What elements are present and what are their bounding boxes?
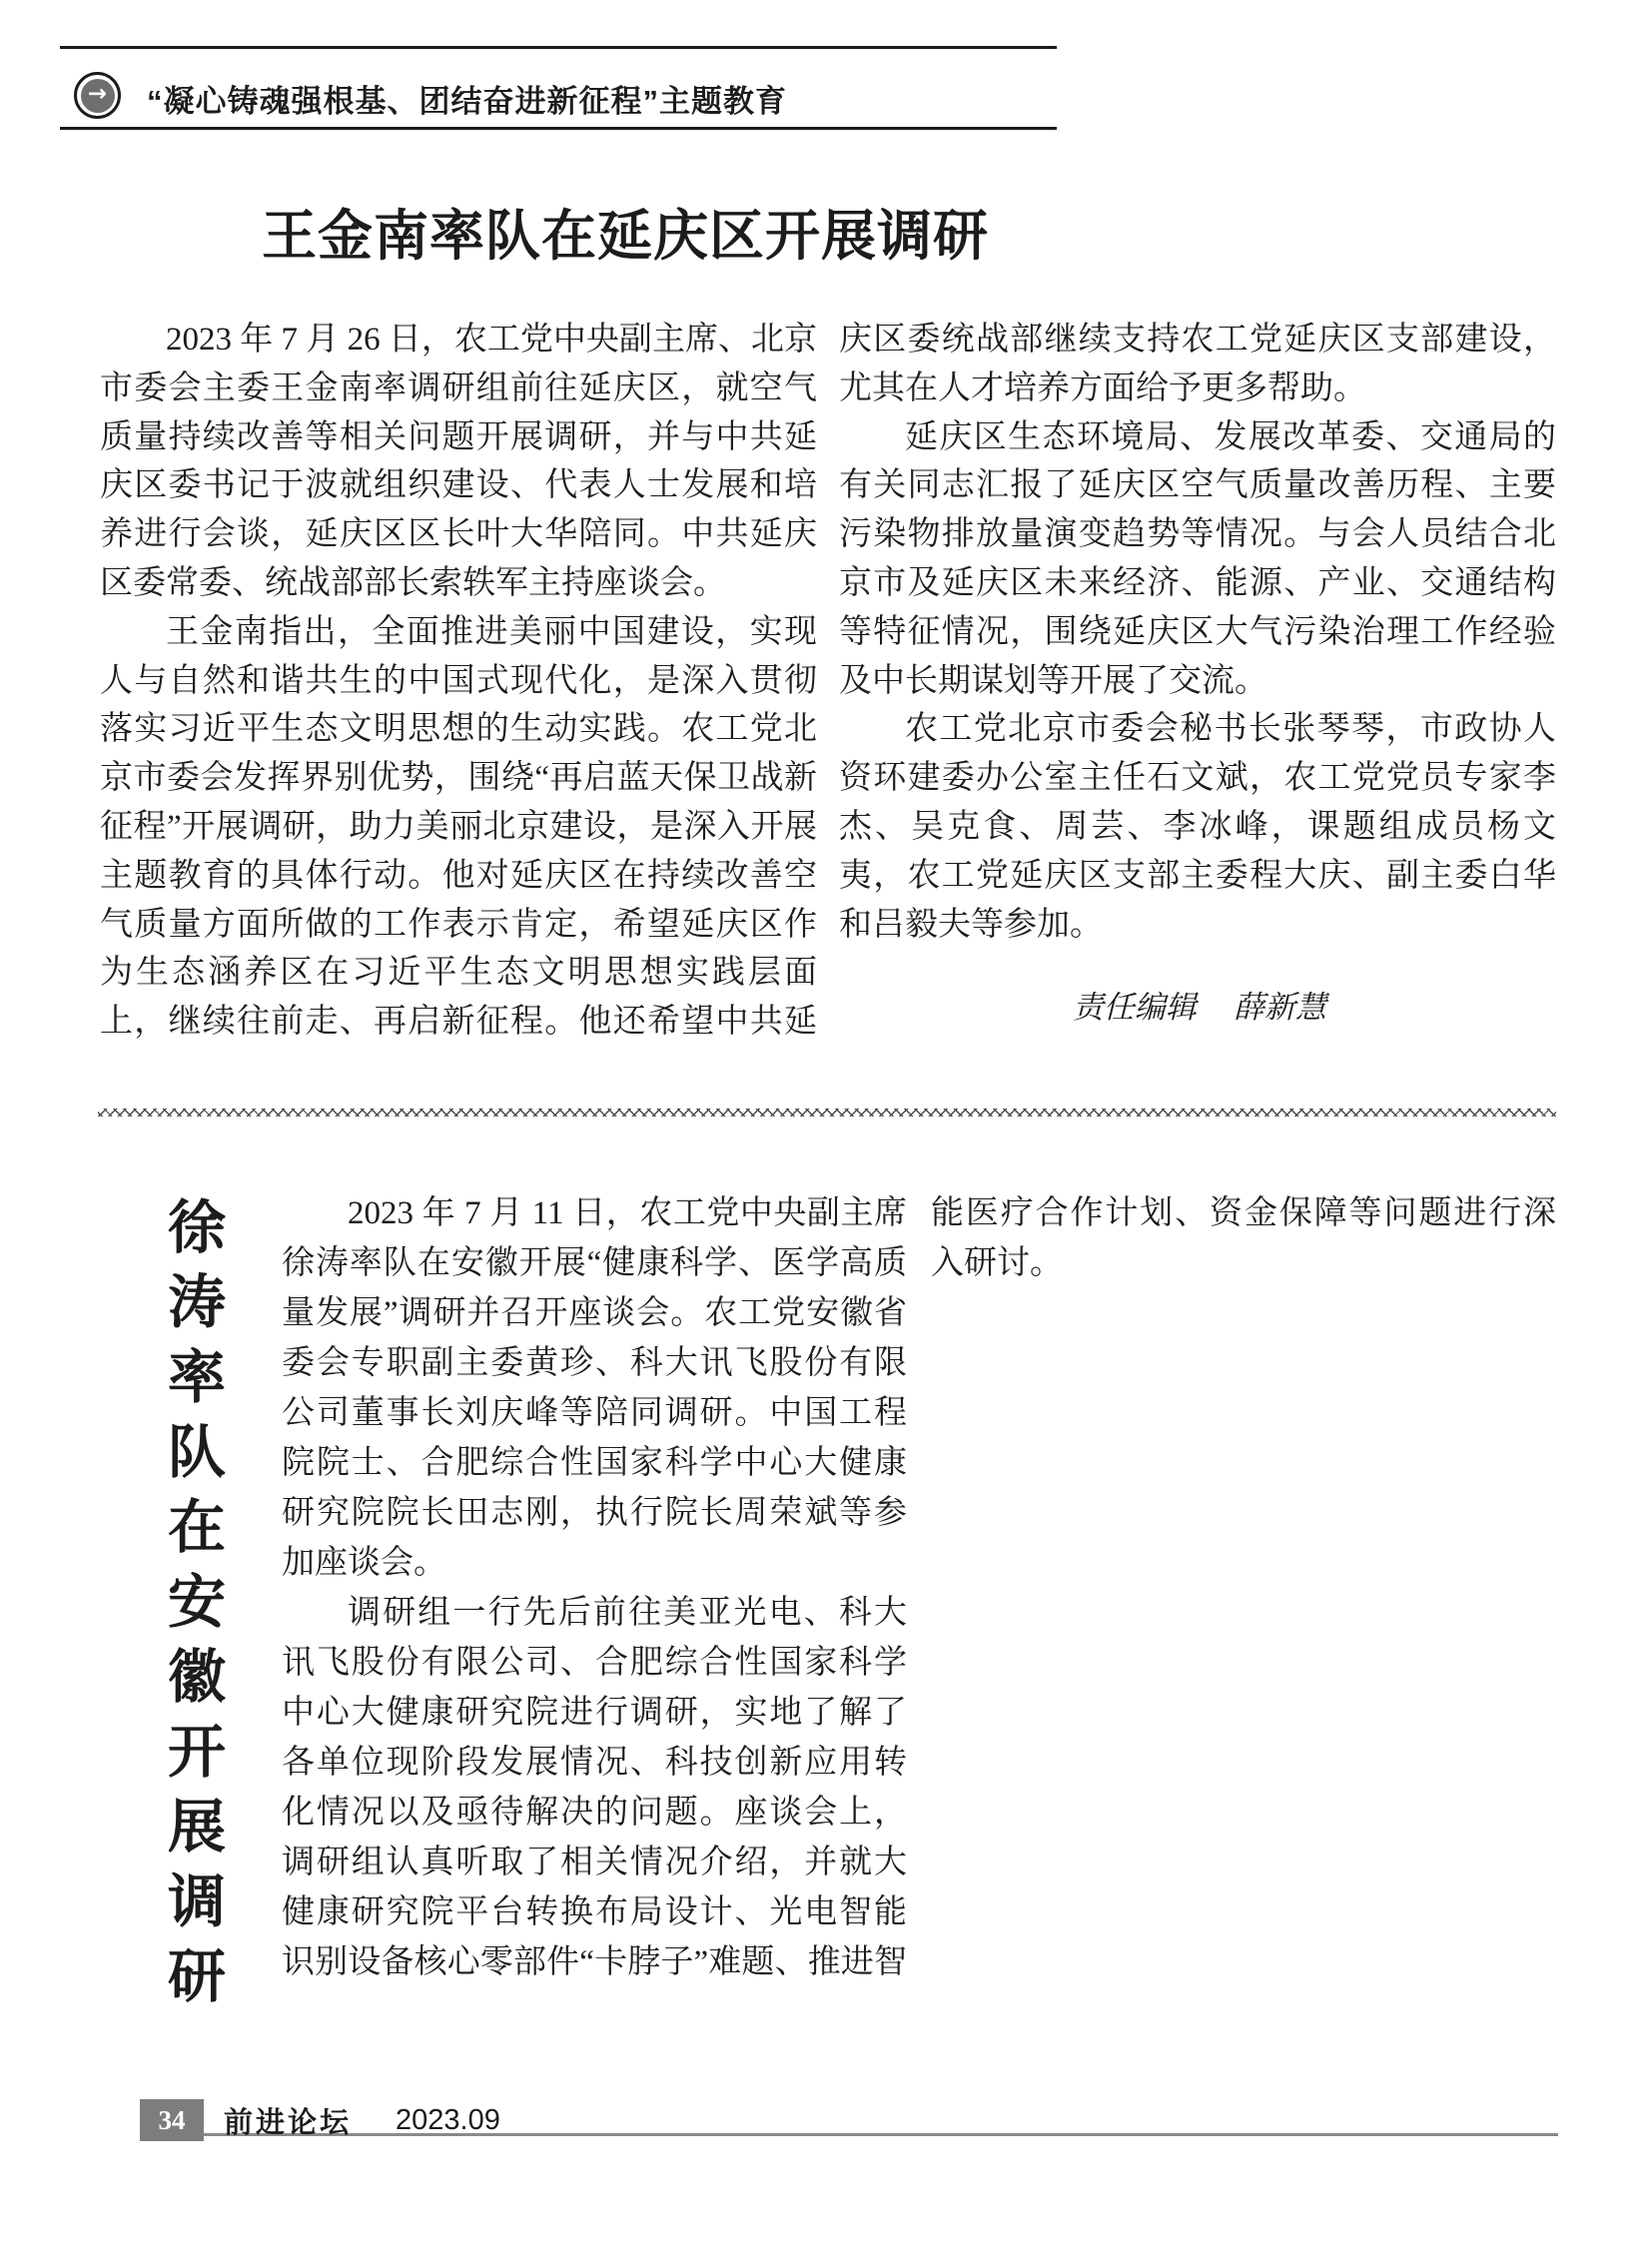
article2-vertical-title: 徐涛率队在安徽开展调研	[162, 1196, 220, 2064]
zigzag-divider	[98, 1109, 1556, 1117]
journal-issue: 2023.09	[396, 2104, 500, 2137]
article1-paragraph: 2023 年 7 月 26 日，农工党中央副主席、北京市委会主委王金南率调研组前…	[100, 316, 817, 608]
arrow-right-circle-icon: →	[74, 72, 121, 119]
footer-journal-info: 前进论坛 2023.09	[224, 2101, 500, 2139]
article1-editor-credit: 责任编辑薛新慧	[839, 984, 1556, 1033]
article2-title-column: 徐涛率队在安徽开展调研	[100, 1160, 282, 2064]
journal-name: 前进论坛	[224, 2100, 352, 2141]
page-number-badge: 34	[140, 2099, 204, 2141]
section-header-slogan: “凝心铸魂强根基、团结奋进新征程”主题教育	[147, 76, 787, 121]
article1-body: 2023 年 7 月 26 日，农工党中央副主席、北京市委会主委王金南率调研组前…	[100, 316, 1556, 1049]
article1-paragraph: 农工党北京市委会秘书长张琴琴，市政协人资环建委办公室主任石文斌，农工党党员专家李…	[839, 705, 1556, 949]
article1-title: 王金南率队在延庆区开展调研	[262, 192, 989, 271]
article2-paragraph: 2023 年 7 月 11 日，农工党中央副主席徐涛率队在安徽开展“健康科学、医…	[282, 1188, 907, 1588]
article2: 徐涛率队在安徽开展调研 2023 年 7 月 11 日，农工党中央副主席徐涛率队…	[100, 1160, 1556, 2064]
editor-name: 薛新慧	[1234, 990, 1326, 1025]
arrow-right-circle-icon-inner: →	[81, 79, 115, 113]
magazine-page: → “凝心铸魂强根基、团结奋进新征程”主题教育 王金南率队在延庆区开展调研 20…	[0, 0, 1652, 2242]
article1-paragraph: 延庆区生态环境局、发展改革委、交通局的有关同志汇报了延庆区空气质量改善历程、主要…	[839, 413, 1556, 706]
arrow-glyph: →	[88, 83, 107, 106]
section-header-banner: → “凝心铸魂强根基、团结奋进新征程”主题教育	[60, 46, 1057, 130]
editor-label: 责任编辑	[1073, 990, 1197, 1025]
article2-body: 2023 年 7 月 11 日，农工党中央副主席徐涛率队在安徽开展“健康科学、医…	[282, 1188, 1556, 2049]
